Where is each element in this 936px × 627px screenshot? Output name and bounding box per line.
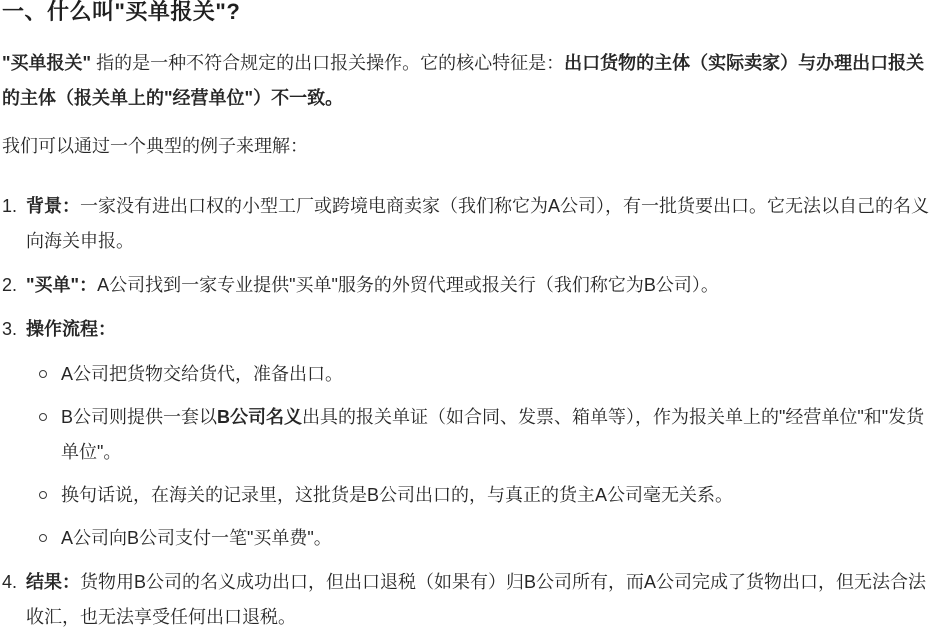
page-title: 一、什么叫"买单报关"? xyxy=(2,0,932,26)
ordered-list: 1. 背景：一家没有进出口权的小型工厂或跨境电商卖家（我们称它为A公司），有一批… xyxy=(2,189,932,627)
circle-bullet-icon xyxy=(39,413,47,421)
sub-item-text: B公司则提供一套以B公司名义出具的报关单证（如合同、发票、箱单等），作为报关单上… xyxy=(61,400,932,470)
list-item-text: 背景：一家没有进出口权的小型工厂或跨境电商卖家（我们称它为A公司），有一批货要出… xyxy=(26,196,929,251)
list-item-text: "买单"：A公司找到一家专业提供"买单"服务的外贸代理或报关行（我们称它为B公司… xyxy=(26,275,719,295)
list-item-number: 1. xyxy=(2,189,26,224)
sub-list-item: A公司把货物交给货代，准备出口。 xyxy=(26,357,932,392)
list-item-body: 结果：货物用B公司的名义成功出口，但出口退税（如果有）归B公司所有，而A公司完成… xyxy=(26,565,932,627)
sub-list-item: B公司则提供一套以B公司名义出具的报关单证（如合同、发票、箱单等），作为报关单上… xyxy=(26,400,932,470)
lead-in-paragraph: 我们可以通过一个典型的例子来理解： xyxy=(2,129,932,164)
sub-item-text: A公司把货物交给货代，准备出口。 xyxy=(61,357,932,392)
sub-list-item: 换句话说，在海关的记录里，这批货是B公司出口的，与真正的货主A公司毫无关系。 xyxy=(26,478,932,513)
intro-paragraph: "买单报关" 指的是一种不符合规定的出口报关操作。它的核心特征是：出口货物的主体… xyxy=(2,46,932,116)
list-item-text: 结果：货物用B公司的名义成功出口，但出口退税（如果有）归B公司所有，而A公司完成… xyxy=(26,572,926,627)
list-item: 4. 结果：货物用B公司的名义成功出口，但出口退税（如果有）归B公司所有，而A公… xyxy=(2,565,932,627)
list-item-body: "买单"：A公司找到一家专业提供"买单"服务的外贸代理或报关行（我们称它为B公司… xyxy=(26,268,932,303)
list-item: 1. 背景：一家没有进出口权的小型工厂或跨境电商卖家（我们称它为A公司），有一批… xyxy=(2,189,932,259)
sub-item-text: A公司向B公司支付一笔"买单费"。 xyxy=(61,521,932,556)
document-page: 一、什么叫"买单报关"? "买单报关" 指的是一种不符合规定的出口报关操作。它的… xyxy=(0,0,936,627)
list-item-body: 操作流程： A公司把货物交给货代，准备出口。 B公司则提供一套以B公司名义出具的… xyxy=(26,312,932,556)
sub-item-text: 换句话说，在海关的记录里，这批货是B公司出口的，与真正的货主A公司毫无关系。 xyxy=(61,478,932,513)
list-item-number: 4. xyxy=(2,565,26,600)
sub-bullet-list: A公司把货物交给货代，准备出口。 B公司则提供一套以B公司名义出具的报关单证（如… xyxy=(26,357,932,556)
sub-list-item: A公司向B公司支付一笔"买单费"。 xyxy=(26,521,932,556)
circle-bullet-icon xyxy=(39,534,47,542)
circle-bullet-icon xyxy=(39,491,47,499)
list-item-number: 3. xyxy=(2,312,26,347)
list-item: 3. 操作流程： A公司把货物交给货代，准备出口。 B公司则提供一套以B公司名义… xyxy=(2,312,932,556)
list-item-text: 操作流程： xyxy=(26,319,116,339)
list-item: 2. "买单"：A公司找到一家专业提供"买单"服务的外贸代理或报关行（我们称它为… xyxy=(2,268,932,303)
circle-bullet-icon xyxy=(39,370,47,378)
list-item-body: 背景：一家没有进出口权的小型工厂或跨境电商卖家（我们称它为A公司），有一批货要出… xyxy=(26,189,932,259)
list-item-number: 2. xyxy=(2,268,26,303)
